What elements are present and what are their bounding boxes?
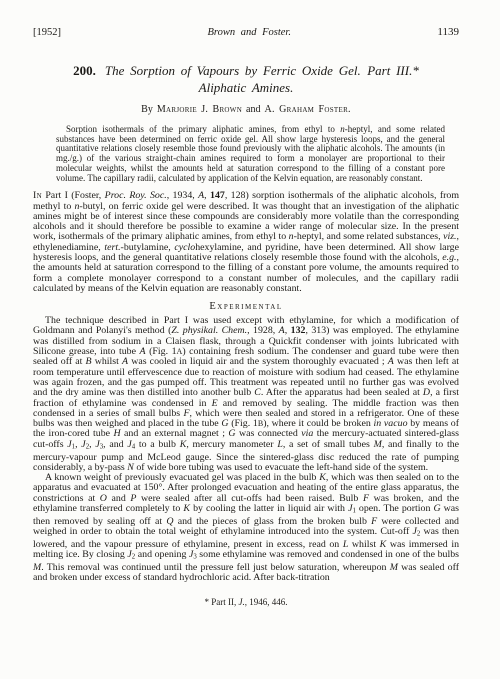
byline: By Marjorie J. Brown and A. Graham Foste… [33, 104, 459, 115]
article-title-line1: 200.The Sorption of Vapours by Ferric Ox… [33, 62, 459, 79]
running-title: Brown and Foster. [207, 27, 291, 38]
article-title-text: The Sorption of Vapours by Ferric Oxide … [105, 63, 419, 78]
page-number: 1139 [437, 26, 459, 38]
section-heading-experimental: Experimental [33, 301, 459, 312]
footnote: * Part II, J., 1946, 446. [33, 597, 459, 607]
article-number: 200. [73, 63, 96, 78]
paragraph-experimental-1: The technique described in Part I was us… [33, 316, 459, 473]
abstract: Sorption isothermals of the primary alip… [33, 125, 459, 183]
article-title-block: 200.The Sorption of Vapours by Ferric Ox… [33, 62, 459, 96]
paragraph-experimental-2: A known weight of previously evacuated g… [33, 473, 459, 583]
page-header: [1952] Brown and Foster. 1139 [33, 26, 459, 38]
article-title-line2: Aliphatic Amines. [33, 79, 459, 96]
paragraph-intro: In Part I (Foster, Proc. Roy. Soc., 1934… [33, 191, 459, 294]
journal-page: [1952] Brown and Foster. 1139 200.The So… [0, 0, 500, 679]
issue-year: [1952] [33, 27, 61, 38]
